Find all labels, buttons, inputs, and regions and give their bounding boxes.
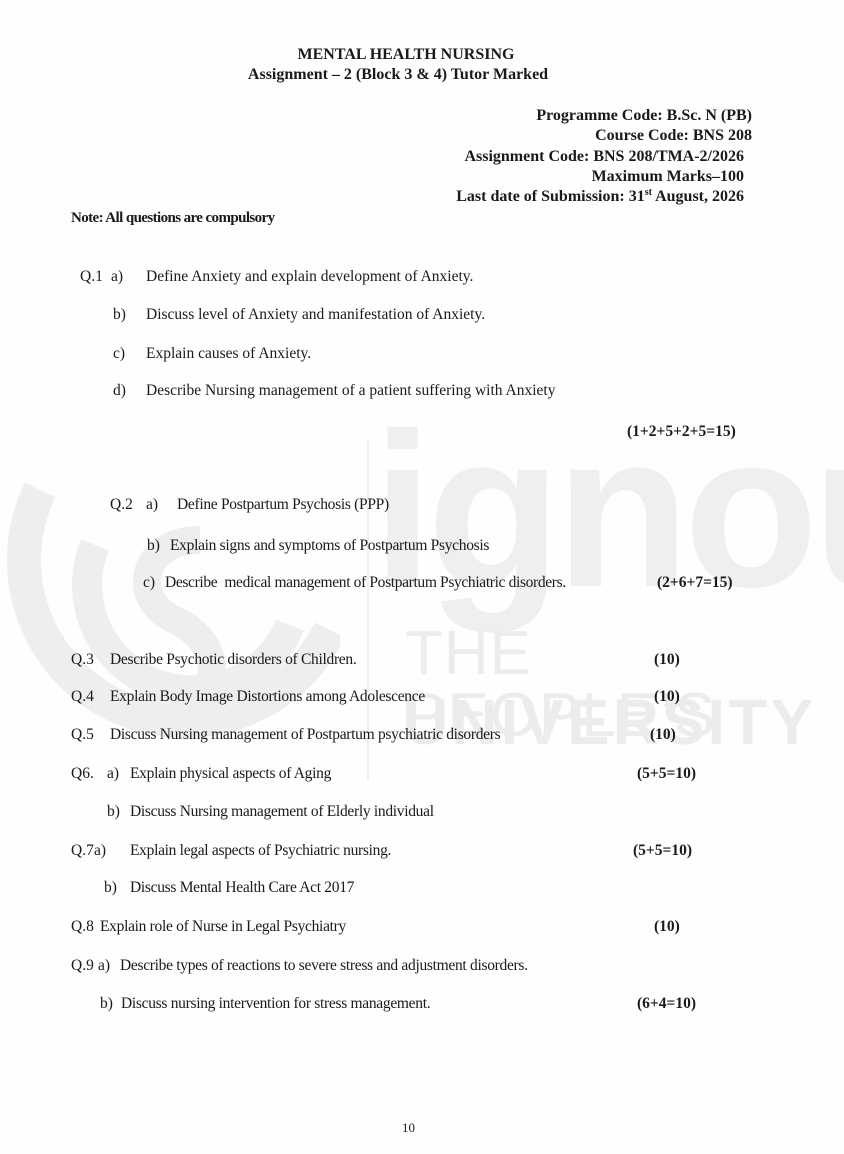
marks: (10) <box>650 726 676 744</box>
marks: (1+2+5+2+5=15) <box>627 423 736 441</box>
document-page: ignou THE PEOPLE’S UNIVERSITY MENTAL HEA… <box>0 0 844 1154</box>
last-date-of-submission: Last date of Submission: 31st August, 20… <box>456 188 744 206</box>
page-number: 10 <box>402 1119 415 1137</box>
question-number: Q.4 <box>71 688 94 706</box>
question-number: Q.3 <box>71 651 94 669</box>
course-code: Course Code: BNS 208 <box>595 127 752 145</box>
part-text: Describe Nursing management of a patient… <box>146 382 556 400</box>
part-text: Discuss level of Anxiety and manifestati… <box>146 306 485 324</box>
marks: (2+6+7=15) <box>657 574 733 592</box>
part-text: Define Anxiety and explain development o… <box>146 268 473 286</box>
part-text: Explain signs and symptoms of Postpartum… <box>170 537 489 555</box>
question-text: Describe Psychotic disorders of Children… <box>110 651 356 669</box>
part-label: b) <box>107 803 120 821</box>
assignment-code: Assignment Code: BNS 208/TMA-2/2026 <box>464 148 744 166</box>
question-number: Q.7 <box>71 842 94 860</box>
question-number: Q.8 <box>71 918 94 936</box>
part-text: Discuss Mental Health Care Act 2017 <box>130 879 354 897</box>
question-text: Discuss Nursing management of Postpartum… <box>110 726 500 744</box>
part-label: b) <box>104 879 117 897</box>
question-text: Explain Body Image Distortions among Ado… <box>110 688 425 706</box>
part-text: Describe types of reactions to severe st… <box>120 957 528 975</box>
maximum-marks: Maximum Marks–100 <box>592 168 744 186</box>
document-subtitle: Assignment – 2 (Block 3 & 4) Tutor Marke… <box>0 66 804 84</box>
question-number: Q.2 <box>110 496 133 514</box>
marks: (10) <box>654 688 680 706</box>
part-label: a) <box>107 765 119 783</box>
part-label: a) <box>94 842 106 860</box>
part-text: Discuss nursing intervention for stress … <box>121 995 430 1013</box>
marks: (5+5=10) <box>633 842 692 860</box>
marks: (10) <box>654 651 680 669</box>
part-label: a) <box>98 957 110 975</box>
question-number: Q6. <box>71 765 94 783</box>
part-text: Describe medical management of Postpartu… <box>165 574 566 592</box>
part-label: c) <box>113 345 125 363</box>
part-label: b) <box>147 537 160 555</box>
marks: (6+4=10) <box>637 995 696 1013</box>
part-label: a) <box>111 268 123 286</box>
question-number: Q.9 <box>71 957 94 975</box>
part-text: Define Postpartum Psychosis (PPP) <box>177 496 389 514</box>
marks: (10) <box>654 918 680 936</box>
question-number: Q.1 <box>80 268 103 286</box>
question-number: Q.5 <box>71 726 94 744</box>
part-text: Explain physical aspects of Aging <box>130 765 331 783</box>
part-text: Explain legal aspects of Psychiatric nur… <box>130 842 391 860</box>
part-text: Discuss Nursing management of Elderly in… <box>130 803 434 821</box>
part-label: a) <box>146 496 158 514</box>
part-label: c) <box>143 574 155 592</box>
question-text: Explain role of Nurse in Legal Psychiatr… <box>100 918 346 936</box>
part-label: d) <box>113 382 126 400</box>
programme-code: Programme Code: B.Sc. N (PB) <box>536 107 752 125</box>
document-title: MENTAL HEALTH NURSING <box>0 46 812 64</box>
marks: (5+5=10) <box>637 765 696 783</box>
part-text: Explain causes of Anxiety. <box>146 345 311 363</box>
note: Note: All questions are compulsory <box>71 209 275 227</box>
part-label: b) <box>100 995 113 1013</box>
part-label: b) <box>113 306 126 324</box>
